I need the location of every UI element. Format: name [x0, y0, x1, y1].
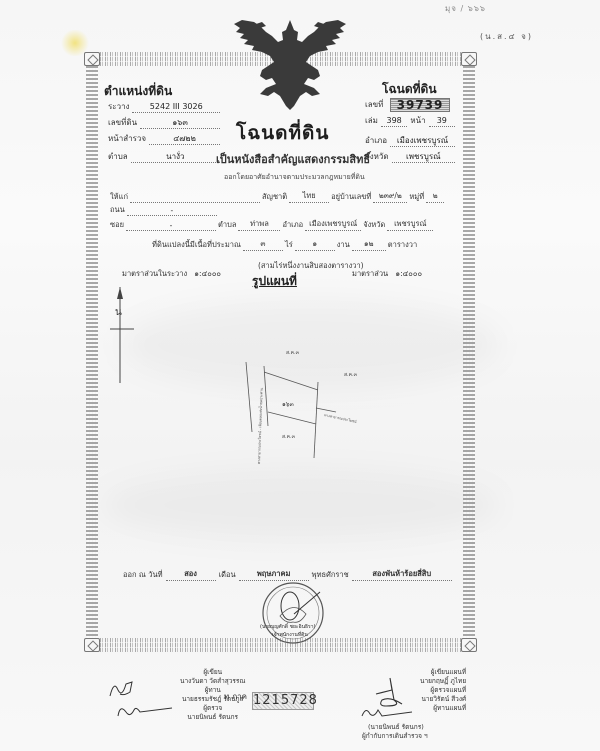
- subdistrict-field: ตำบล นางั่ว: [108, 150, 220, 163]
- checker-role: ผู้ตรวจ: [180, 704, 245, 713]
- area-sqwa-value: ๑๒: [352, 238, 386, 251]
- neighbor-label: ส.ค.๓: [286, 350, 300, 356]
- address-row: ซอย - ตำบล ท่าพล อำเภอ เมืองเพชรบูรณ์ จั…: [108, 218, 458, 231]
- neighbor-label: ส.ค.๓: [282, 434, 296, 440]
- district-value: เมืองเพชรบูรณ์: [390, 136, 455, 147]
- corner-ornament-icon: [84, 52, 100, 66]
- issue-date-prefix: ออก ณ วันที่: [120, 569, 166, 581]
- scale-left-label: มาตราส่วนในระวาง: [122, 269, 187, 278]
- border-left-pattern: [86, 66, 98, 638]
- map-title: รูปแผนที่: [252, 272, 297, 291]
- address-subdistrict-label: ตำบล: [216, 219, 238, 231]
- garuda-emblem-icon: [228, 18, 352, 110]
- month-label: เดือน: [216, 569, 239, 581]
- parcel-number-field: เลขที่ดิน ๑๖๓: [108, 116, 220, 129]
- title-deed-heading: โฉนดที่ดิน: [382, 80, 437, 99]
- survey-page-field: หน้าสำรวจ ๔๗๒๒: [108, 132, 220, 145]
- scale-right-value: ๑:๔๐๐๐: [395, 269, 422, 278]
- road-row: ถนน -: [108, 204, 228, 216]
- signature-scrawl-icon: [360, 704, 414, 720]
- survey-page-value: ๔๗๒๒: [149, 134, 220, 145]
- survey-page-label: หน้าสำรวจ: [108, 132, 146, 145]
- deed-number-label-wrap: เลขที่: [365, 98, 390, 111]
- map-sheet-value: 5242 III 3026: [132, 102, 220, 113]
- area-ngan-value: ๑: [295, 238, 335, 251]
- corner-ornament-icon: [461, 638, 477, 652]
- deed-number-label: เลขที่: [365, 98, 383, 111]
- area-row: ที่ดินแปลงนี้มีเนื้อที่ประมาณ ๓ ไร่ ๑ งา…: [150, 238, 450, 251]
- issue-year: สองพันห้าร้อยสี่สิบ: [352, 568, 452, 581]
- owner-row: ให้แก่ สัญชาติ ไทย อยู่บ้านเลขที่ ๒๓๙/๒ …: [108, 190, 458, 203]
- nationality-label: สัญชาติ: [260, 191, 289, 203]
- area-rai-label: ไร่: [283, 239, 295, 251]
- map-writer-name: นายกฤษฏิ์ ภูไทย: [420, 677, 466, 686]
- deed-number-value: 39739: [390, 98, 450, 112]
- address-province-label: จังหวัด: [361, 219, 387, 231]
- map-checker-role: ผู้ตรวจแผนที่: [420, 686, 466, 695]
- page-label: หน้า: [410, 114, 425, 127]
- address-province-value: เพชรบูรณ์: [387, 218, 433, 231]
- scale-right: มาตราส่วน ๑:๔๐๐๐: [352, 268, 422, 280]
- land-title-deed-page: มุจ / ๖๖๖ (น.ส.๔ จ) ตำแหน่งที่ดิน ระวาง …: [0, 0, 600, 751]
- right-signatures: ผู้เขียนแผนที่ นายกฤษฏิ์ ภูไทย ผู้ตรวจแผ…: [420, 668, 466, 713]
- writer-name: นางวันดา วัดสำสุวรรณ: [180, 677, 245, 686]
- form-code: (น.ส.๔ จ): [480, 30, 533, 43]
- area-rai-value: ๓: [243, 238, 283, 251]
- scale-right-label: มาตราส่วน: [352, 269, 388, 278]
- nationality-value: ไทย: [289, 190, 329, 203]
- area-in-words: (สามไร่หนึ่งงานสิบสองตารางวา): [258, 260, 364, 272]
- scale-left-value: ๑:๔๐๐๐: [194, 269, 221, 278]
- province-field: จังหวัด เพชรบูรณ์: [365, 150, 455, 163]
- district-label: อำเภอ: [365, 134, 387, 147]
- given-to-value: [130, 202, 260, 203]
- volume-label: เล่ม: [365, 114, 378, 127]
- border-right-pattern: [463, 66, 475, 638]
- seal-officer-title: เจ้าพนักงานที่ดิน: [272, 631, 308, 638]
- corner-ornament-icon: [461, 52, 477, 66]
- neighbor-label: ส.ค.๓: [344, 372, 358, 378]
- road-label: ถนน: [108, 204, 127, 216]
- survey-officer-title: ผู้กำกับการเดินสำรวจ ฯ: [362, 731, 428, 741]
- soi-label: ซอย: [108, 219, 126, 231]
- subdistrict-value: นางั่ว: [131, 152, 220, 163]
- issue-day: สอง: [166, 568, 216, 581]
- page-value: 39: [429, 116, 455, 127]
- parcel-number-label: ๑๖๓: [282, 401, 294, 408]
- seal-officer-name: (นายบุญศักดิ์ ชยะอินธิรา): [260, 622, 316, 630]
- volume-value: 398: [381, 116, 407, 127]
- signature-scrawl-icon: [108, 676, 136, 702]
- north-label: น: [115, 307, 122, 318]
- address-district-label: อำเภอ: [280, 219, 305, 231]
- handwritten-mark: ท ภาค: [224, 692, 247, 701]
- volume-page-field: เล่ม 398 หน้า 39: [365, 114, 455, 127]
- writer-role: ผู้เขียน: [180, 668, 245, 677]
- parcel-number-value: ๑๖๓: [140, 118, 220, 129]
- map-reviewer-name: นายวิรัตน์ สีวงศ์: [420, 695, 466, 704]
- issuing-authority: ออกโดยอาศัยอำนาจตามประมวลกฎหมายที่ดิน: [224, 172, 365, 183]
- moo-label: หมู่ที่: [407, 191, 426, 203]
- signature-scrawl-icon: [116, 702, 176, 722]
- land-location-heading: ตำแหน่งที่ดิน: [104, 82, 172, 101]
- area-sqwa-label: ตารางวา: [386, 239, 419, 251]
- map-sheet-field: ระวาง 5242 III 3026: [108, 100, 220, 113]
- soi-value: -: [126, 221, 216, 231]
- district-field: อำเภอ เมืองเพชรบูรณ์: [365, 134, 455, 147]
- area-ngan-label: งาน: [335, 239, 352, 251]
- map-sheet-label: ระวาง: [108, 100, 129, 113]
- given-to-label: ให้แก่: [108, 191, 130, 203]
- parcel-map-sketch: ๑๖๓ ส.ค.๓ ส.ค.๓ ส.ค.๓ ทางสาธารณประโยชน์ …: [236, 338, 376, 468]
- official-seal-icon: (นายบุญศักดิ์ ชยะอินธิรา) เจ้าพนักงานที่…: [250, 580, 336, 646]
- subdistrict-label: ตำบล: [108, 150, 128, 163]
- corner-ornament-icon: [84, 638, 100, 652]
- parcel-number-label: เลขที่ดิน: [108, 116, 137, 129]
- house-number-label: อยู่บ้านเลขที่: [329, 191, 373, 203]
- document-subtitle: เป็นหนังสือสำคัญแสดงกรรมสิทธิ์: [216, 150, 370, 168]
- address-subdistrict-value: ท่าพล: [238, 218, 280, 231]
- document-main-title: โฉนดที่ดิน: [236, 118, 329, 148]
- address-district-value: เมืองเพชรบูรณ์: [305, 218, 361, 231]
- area-label: ที่ดินแปลงนี้มีเนื้อที่ประมาณ: [150, 239, 243, 251]
- north-arrow-icon: น: [108, 285, 138, 385]
- checker-name: นายนิพนธ์ รัตนกร: [180, 713, 245, 722]
- right-road-label: ทางสาธารณประโยชน์: [324, 412, 358, 424]
- scale-left: มาตราส่วนในระวาง ๑:๔๐๐๐: [122, 268, 221, 280]
- moo-value: ๒: [426, 190, 444, 203]
- left-road-label: ทางสาธารณประโยชน์ - เลียบคลองส่งน้ำชลประ…: [256, 387, 264, 464]
- road-value: -: [127, 206, 217, 216]
- map-writer-role: ผู้เขียนแผนที่: [420, 668, 466, 677]
- map-reviewer-role: ผู้ทานแผนที่: [420, 704, 466, 713]
- house-number-value: ๒๓๙/๒: [373, 190, 407, 203]
- corner-handwritten-note: มุจ / ๖๖๖: [445, 2, 486, 15]
- serial-number: 1215728: [252, 692, 314, 710]
- province-value: เพชรบูรณ์: [392, 152, 455, 163]
